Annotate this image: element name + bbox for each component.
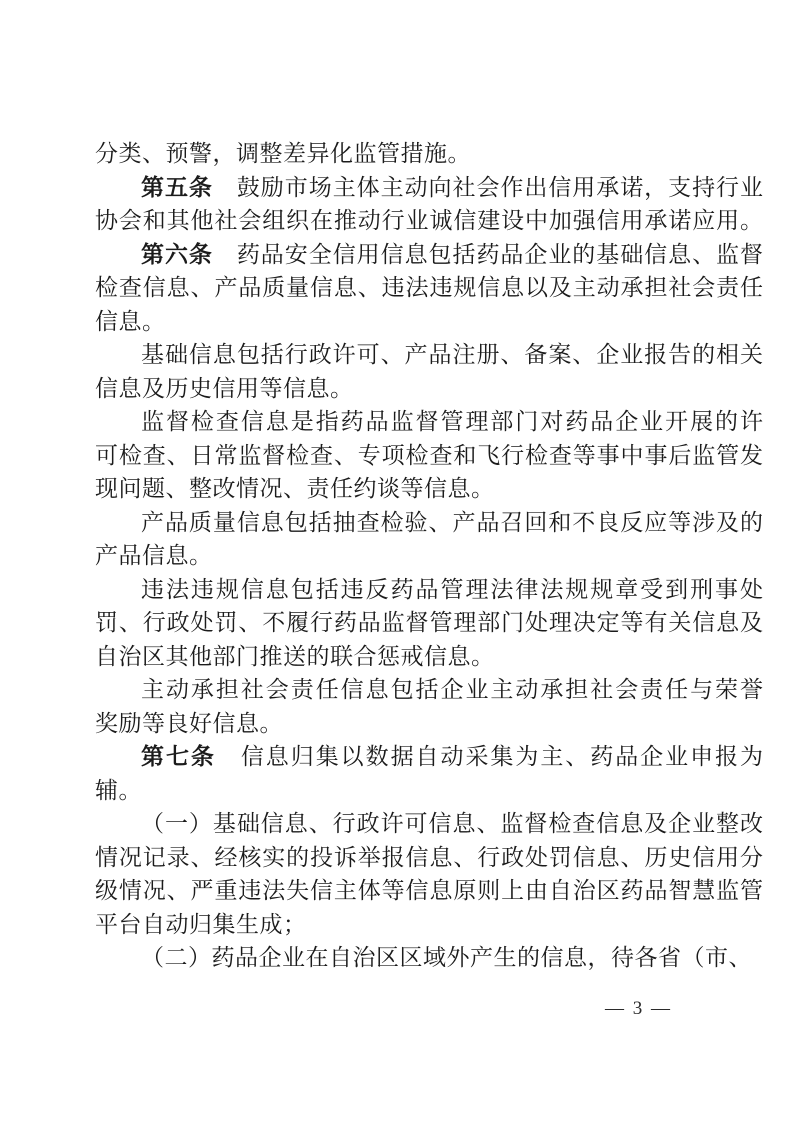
text-line: 平台自动归集生成； bbox=[95, 908, 763, 942]
text-line: 基础信息包括行政许可、产品注册、备案、企业报告的相关 bbox=[95, 338, 763, 372]
text-segment: 基础信息包括行政许可、产品注册、备案、企业报告的相关 bbox=[141, 342, 763, 367]
text-line: 级情况、严重违法失信主体等信息原则上由自治区药品智慧监管 bbox=[95, 874, 763, 908]
text-segment: 监督检查信息是指药品监督管理部门对药品企业开展的许 bbox=[141, 409, 763, 434]
text-segment: 奖励等良好信息。 bbox=[95, 711, 283, 736]
text-segment: 检查信息、产品质量信息、违法违规信息以及主动承担社会责任 bbox=[95, 275, 763, 300]
text-line: 辅。 bbox=[95, 774, 763, 808]
text-segment: （二）药品企业在自治区区域外产生的信息，待各省（市、 bbox=[141, 945, 752, 970]
text-line: 产品质量信息包括抽查检验、产品召回和不良反应等涉及的 bbox=[95, 506, 763, 540]
document-page: 分类、预警，调整差异化监管措施。第五条 鼓励市场主体主动向社会作出信用承诺，支持… bbox=[0, 0, 793, 1122]
text-segment: 自治区其他部门推送的联合惩戒信息。 bbox=[95, 644, 495, 669]
text-segment: 产品质量信息包括抽查检验、产品召回和不良反应等涉及的 bbox=[141, 510, 763, 535]
text-line: 主动承担社会责任信息包括企业主动承担社会责任与荣誉 bbox=[95, 673, 763, 707]
text-segment: 情况记录、经核实的投诉举报信息、行政处罚信息、历史信用分 bbox=[95, 845, 763, 870]
text-line: 监督检查信息是指药品监督管理部门对药品企业开展的许 bbox=[95, 405, 763, 439]
article-number-label: 第七条 bbox=[141, 744, 216, 769]
text-segment: 现问题、整改情况、责任约谈等信息。 bbox=[95, 476, 495, 501]
text-segment: 产品信息。 bbox=[95, 543, 213, 568]
text-segment: 级情况、严重违法失信主体等信息原则上由自治区药品智慧监管 bbox=[95, 878, 763, 903]
page-number: — 3 — bbox=[605, 998, 672, 1020]
article-number-label: 第六条 bbox=[141, 242, 213, 267]
text-segment: 信息归集以数据自动采集为主、药品企业申报为 bbox=[216, 744, 763, 769]
text-segment: 信息及历史信用等信息。 bbox=[95, 376, 354, 401]
text-segment: 分类、预警，调整差异化监管措施。 bbox=[95, 141, 471, 166]
text-line: 协会和其他社会组织在推动行业诚信建设中加强信用承诺应用。 bbox=[95, 204, 763, 238]
text-line: 分类、预警，调整差异化监管措施。 bbox=[95, 137, 763, 171]
text-line: 自治区其他部门推送的联合惩戒信息。 bbox=[95, 640, 763, 674]
text-segment: 信息。 bbox=[95, 309, 166, 334]
text-segment: 罚、行政处罚、不履行药品监督管理部门处理决定等有关信息及 bbox=[95, 610, 763, 635]
text-segment: 平台自动归集生成； bbox=[95, 912, 307, 937]
text-line: 违法违规信息包括违反药品管理法律法规规章受到刑事处 bbox=[95, 573, 763, 607]
text-line: 奖励等良好信息。 bbox=[95, 707, 763, 741]
text-line: 检查信息、产品质量信息、违法违规信息以及主动承担社会责任 bbox=[95, 271, 763, 305]
text-segment: 鼓励市场主体主动向社会作出信用承诺，支持行业 bbox=[213, 175, 763, 200]
text-line: 第六条 药品安全信用信息包括药品企业的基础信息、监督 bbox=[95, 238, 763, 272]
text-line: 信息。 bbox=[95, 305, 763, 339]
text-segment: 可检查、日常监督检查、专项检查和飞行检查等事中事后监管发 bbox=[95, 443, 763, 468]
text-segment: 药品安全信用信息包括药品企业的基础信息、监督 bbox=[213, 242, 763, 267]
text-segment: （一）基础信息、行政许可信息、监督检查信息及企业整改 bbox=[141, 811, 763, 836]
text-line: （一）基础信息、行政许可信息、监督检查信息及企业整改 bbox=[95, 807, 763, 841]
text-segment: 协会和其他社会组织在推动行业诚信建设中加强信用承诺应用。 bbox=[95, 208, 763, 233]
text-line: 罚、行政处罚、不履行药品监督管理部门处理决定等有关信息及 bbox=[95, 606, 763, 640]
text-line: （二）药品企业在自治区区域外产生的信息，待各省（市、 bbox=[95, 941, 763, 975]
text-line: 第五条 鼓励市场主体主动向社会作出信用承诺，支持行业 bbox=[95, 171, 763, 205]
text-line: 信息及历史信用等信息。 bbox=[95, 372, 763, 406]
text-line: 现问题、整改情况、责任约谈等信息。 bbox=[95, 472, 763, 506]
text-segment: 主动承担社会责任信息包括企业主动承担社会责任与荣誉 bbox=[141, 677, 763, 702]
text-segment: 辅。 bbox=[95, 778, 142, 803]
document-body: 分类、预警，调整差异化监管措施。第五条 鼓励市场主体主动向社会作出信用承诺，支持… bbox=[95, 137, 763, 975]
text-line: 情况记录、经核实的投诉举报信息、行政处罚信息、历史信用分 bbox=[95, 841, 763, 875]
text-line: 产品信息。 bbox=[95, 539, 763, 573]
article-number-label: 第五条 bbox=[141, 175, 213, 200]
text-segment: 违法违规信息包括违反药品管理法律法规规章受到刑事处 bbox=[141, 577, 763, 602]
text-line: 第七条 信息归集以数据自动采集为主、药品企业申报为 bbox=[95, 740, 763, 774]
text-line: 可检查、日常监督检查、专项检查和飞行检查等事中事后监管发 bbox=[95, 439, 763, 473]
